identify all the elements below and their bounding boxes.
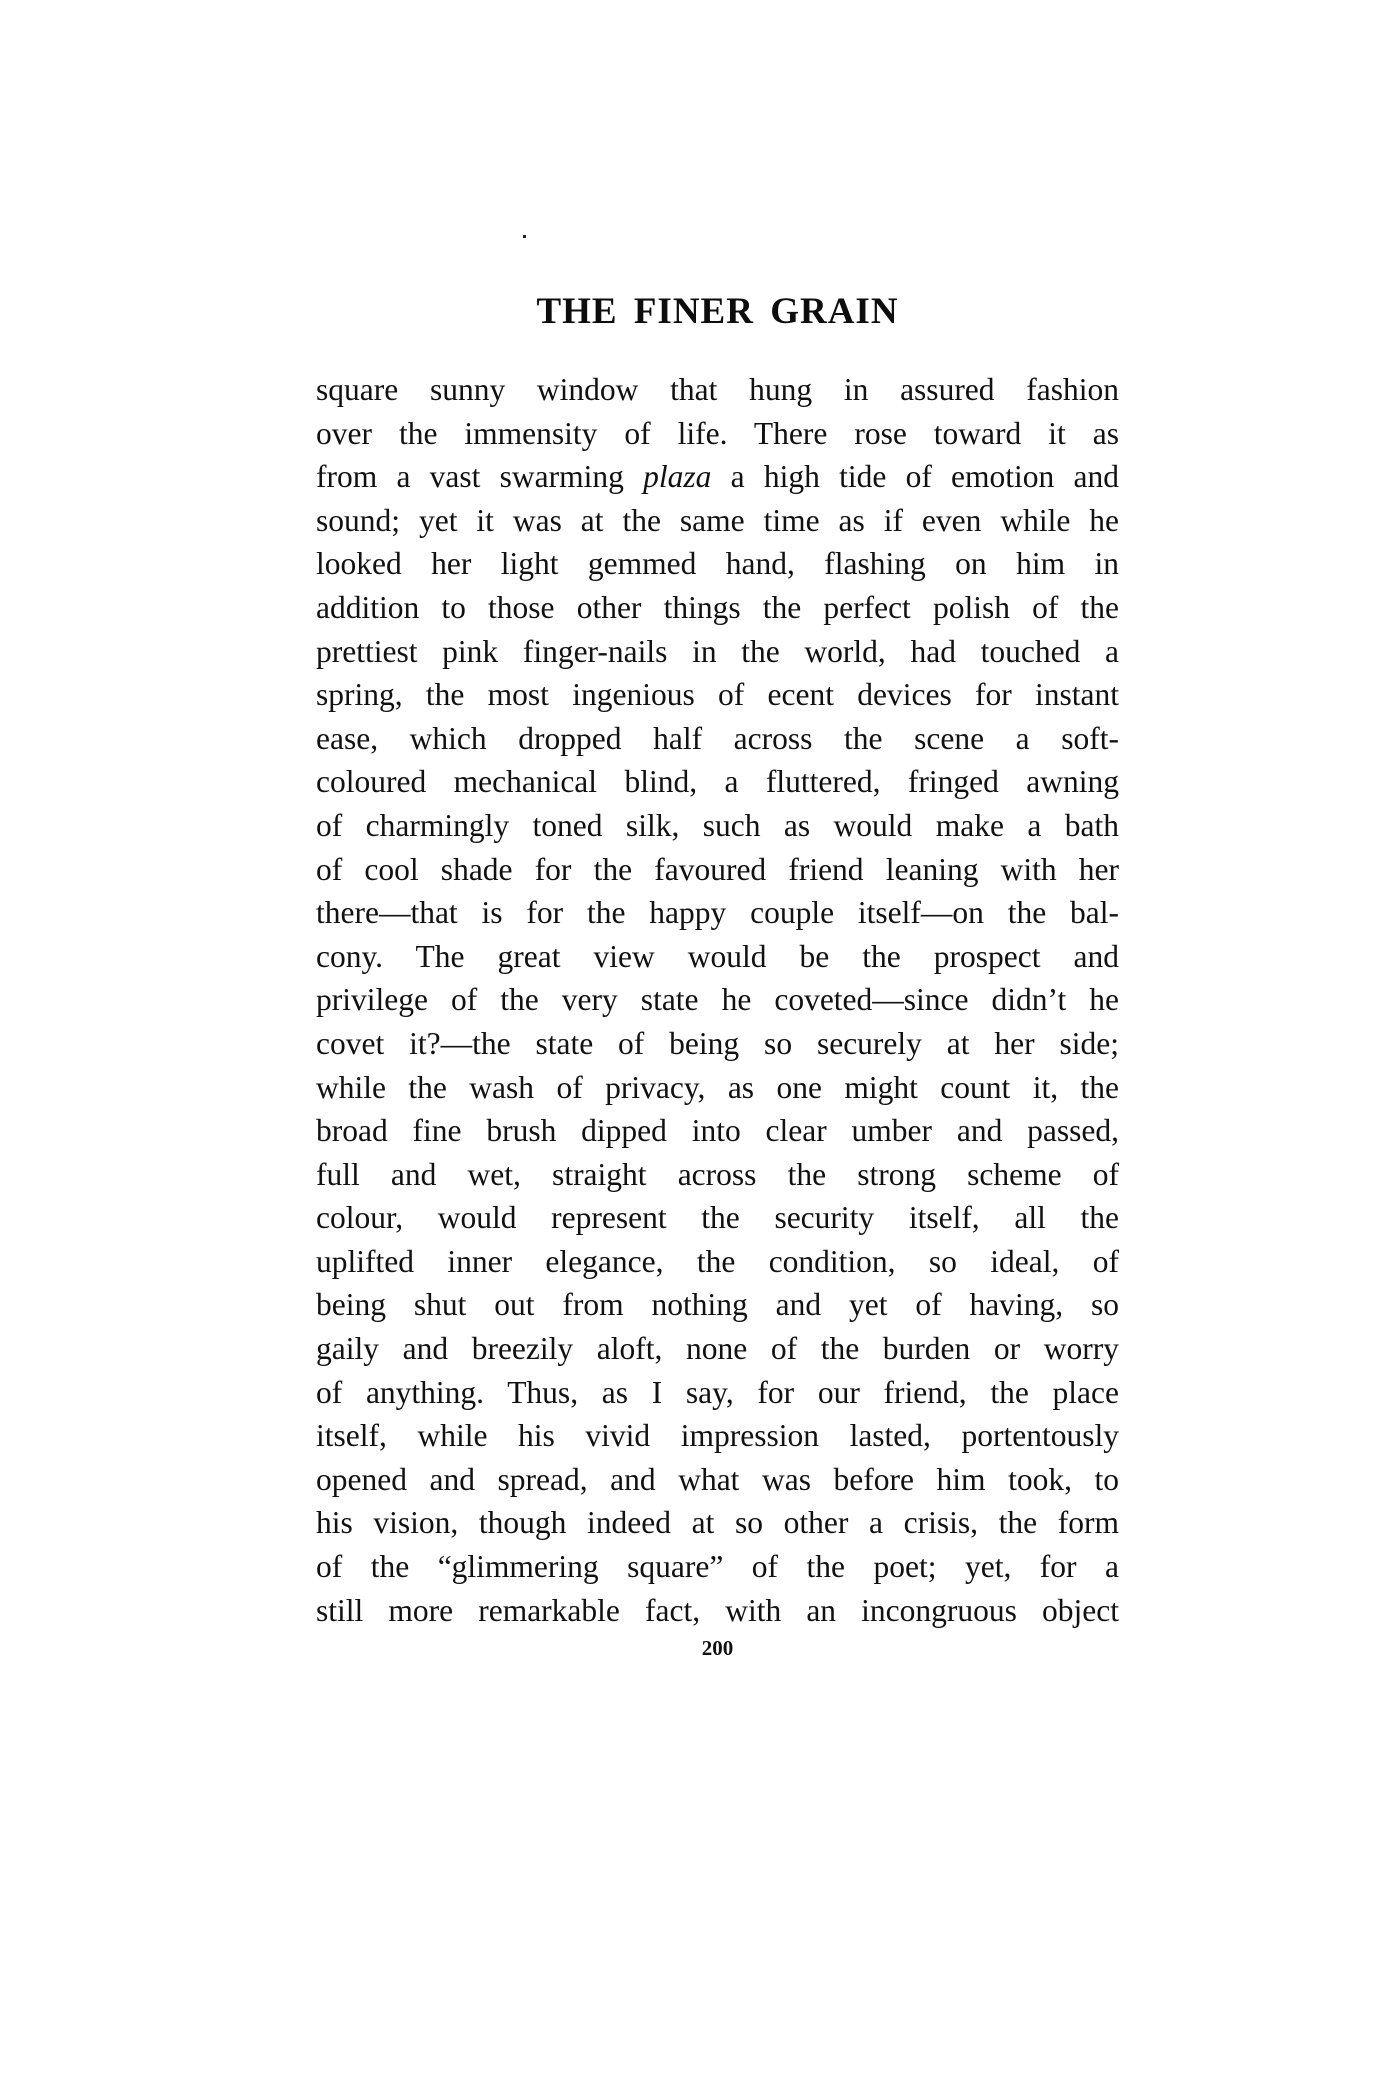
text-line-with-italic: from a vast swarming plaza a high tide o… [316,455,1119,499]
text-line: there—that is for the happy couple itsel… [316,891,1119,935]
text-line: of anything. Thus, as I say, for our fri… [316,1371,1119,1415]
text-line: privilege of the very state he coveted—s… [316,978,1119,1022]
text-line: full and wet, straight across the strong… [316,1153,1119,1197]
text-line: broad fine brush dipped into clear umber… [316,1109,1119,1153]
text-line: ease, which dropped half across the scen… [316,717,1119,761]
text-line: over the immensity of life. There rose t… [316,412,1119,456]
text-line: sound; yet it was at the same time as if… [316,499,1119,543]
text-line: prettiest pink finger-nails in the world… [316,630,1119,674]
text-line: square sunny window that hung in assured… [316,368,1119,412]
text-line: cony. The great view would be the prospe… [316,935,1119,979]
text-line: covet it?—the state of being so securely… [316,1022,1119,1066]
text-line: spring, the most ingenious of ecent devi… [316,673,1119,717]
text-line: of charmingly toned silk, such as would … [316,804,1119,848]
text-line: his vision, though indeed at so other a … [316,1501,1119,1545]
text-line: itself, while his vivid impression laste… [316,1414,1119,1458]
scan-speck [523,235,526,238]
italic-word: plaza [643,459,711,494]
text-line: opened and spread, and what was before h… [316,1458,1119,1502]
running-head: THE FINER GRAIN [316,290,1119,334]
page-number: 200 [316,1636,1119,1661]
text-line: coloured mechanical blind, a fluttered, … [316,760,1119,804]
text-line: of the “glimmering square” of the poet; … [316,1545,1119,1589]
text-line: colour, would represent the security its… [316,1196,1119,1240]
text-line: looked her light gemmed hand, flashing o… [316,542,1119,586]
text-line: uplifted inner elegance, the condition, … [316,1240,1119,1284]
text-line: still more remarkable fact, with an inco… [316,1589,1119,1633]
text-segment: from a vast swarming [316,459,643,494]
text-segment: a high tide of emotion and [711,459,1119,494]
text-line: of cool shade for the favoured friend le… [316,848,1119,892]
text-line: addition to those other things the perfe… [316,586,1119,630]
body-text: square sunny window that hung in assured… [316,368,1119,1632]
text-line: while the wash of privacy, as one might … [316,1066,1119,1110]
text-line: being shut out from nothing and yet of h… [316,1283,1119,1327]
text-line: gaily and breezily aloft, none of the bu… [316,1327,1119,1371]
